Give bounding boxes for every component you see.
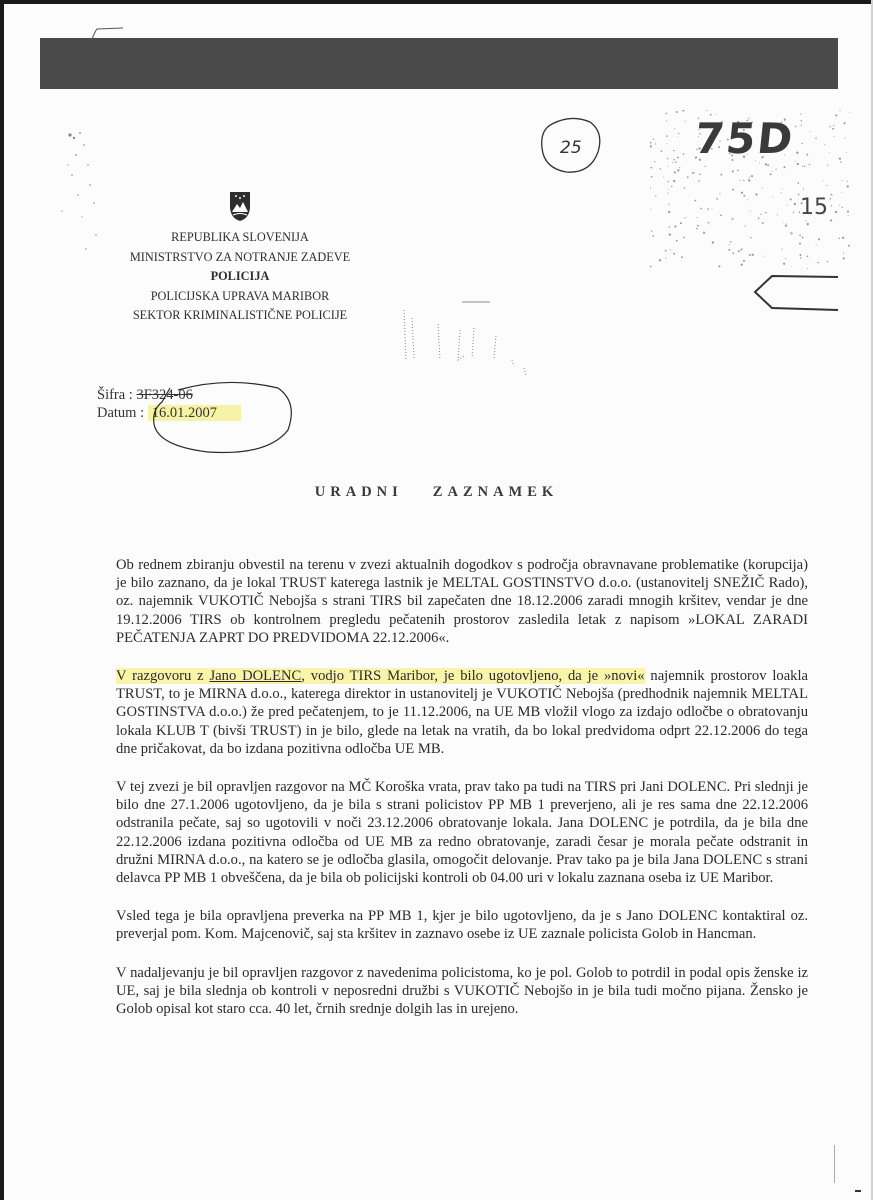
faint-handwritten-scribble (400, 300, 560, 380)
redaction-bar (40, 38, 838, 89)
letterhead: REPUBLIKA SLOVENIJA MINISTRSTVO ZA NOTRA… (100, 228, 380, 326)
highlighted-text: V razgovoru z Jano DOLENC, vodjo TIRS Ma… (116, 668, 645, 684)
title-word: ZAZNAMEK (433, 484, 558, 500)
handwritten-folio-sub: 15 (800, 195, 828, 220)
handwritten-folio-number: 75D (692, 114, 796, 163)
document-body: Ob rednem zbiranju obvestil na terenu v … (116, 556, 808, 1038)
paragraph: V razgovoru z Jano DOLENC, vodjo TIRS Ma… (116, 667, 808, 758)
underlined-name: Jano DOLENC (209, 668, 301, 684)
pen-stroke-icon (85, 27, 125, 43)
hand-drawn-circle-icon (148, 380, 298, 460)
paragraph: Vsled tega je bila opravljena preverka n… (116, 907, 808, 943)
title-word: URADNI (315, 484, 403, 500)
letterhead-line: POLICIJSKA UPRAVA MARIBOR (100, 287, 380, 307)
paragraph: V tej zvezi je bil opravljen razgovor na… (116, 778, 808, 887)
date-label: Datum : (97, 405, 144, 421)
letterhead-line: REPUBLIKA SLOVENIJA (100, 228, 380, 248)
scan-artifact-dash (855, 1190, 861, 1192)
handwritten-page-number: 25 (560, 138, 582, 158)
code-label: Šifra : (97, 387, 133, 403)
arrow-tab-icon (752, 272, 840, 314)
letterhead-line: MINISTRSTVO ZA NOTRANJE ZADEVE (100, 248, 380, 268)
coat-of-arms-slovenia-icon (228, 190, 252, 222)
letterhead-line: POLICIJA (100, 267, 380, 287)
paragraph: V nadaljevanju je bil opravljen razgovor… (116, 964, 808, 1019)
document-title: URADNIZAZNAMEK (0, 484, 873, 501)
scan-artifact-line (834, 1145, 835, 1183)
paragraph: Ob rednem zbiranju obvestil na terenu v … (116, 556, 808, 647)
letterhead-line: SEKTOR KRIMINALISTIČNE POLICIJE (100, 306, 380, 326)
